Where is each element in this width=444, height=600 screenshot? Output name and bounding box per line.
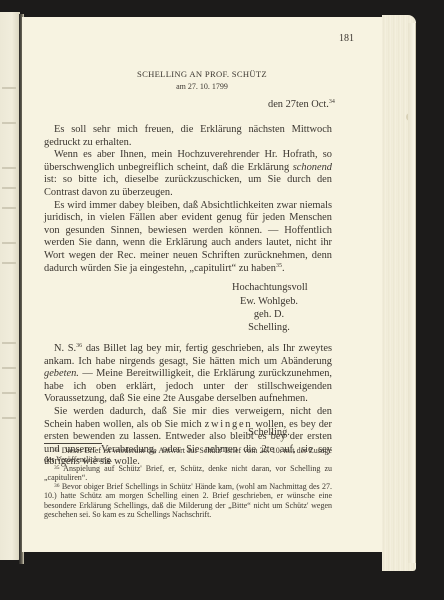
facing-left-page-edge — [0, 12, 20, 560]
footnote-mark: 35 — [54, 465, 60, 471]
footnote-ref: 34 — [329, 99, 335, 105]
footnote: 34 Dieser Brief ist wiederum die Antwort… — [44, 446, 332, 464]
dateline-text: den 27ten Oct. — [268, 99, 329, 110]
show-through-text — [2, 242, 16, 244]
closing-salutation: Hochachtungsvoll — [232, 282, 308, 295]
show-through-text — [2, 367, 16, 369]
footnote-mark: 34 — [54, 447, 60, 453]
paragraph: Es soll sehr mich freuen, die Erklärung … — [44, 124, 332, 149]
emphasized-word: schonend — [293, 162, 332, 173]
emphasized-word: gebeten. — [44, 368, 79, 379]
show-through-text — [2, 87, 16, 89]
show-through-text — [2, 392, 16, 394]
paragraph-text: Es wird immer dabey bleiben, daß Absicht… — [44, 200, 332, 274]
show-through-text — [2, 262, 16, 264]
letter-body: Es soll sehr mich freuen, die Erklärung … — [44, 124, 332, 275]
paragraph-text: ist: so bitte ich, dieselbe zurückzuschi… — [44, 174, 332, 198]
footnote-ref: 35 — [276, 263, 282, 269]
paragraph: N. S.36 das Billet lag bey mir, fertig g… — [44, 343, 332, 406]
footnote-rule — [44, 443, 102, 444]
paragraph: Wenn es aber Ihnen, mein Hochzuverehrend… — [44, 149, 332, 199]
dateline: den 27ten Oct.34 — [268, 99, 335, 112]
show-through-text — [2, 167, 16, 169]
show-through-text — [2, 417, 16, 419]
paragraph: Es wird immer dabey bleiben, daß Absicht… — [44, 200, 332, 276]
closing-line: Ew. Wohlgeb. — [234, 296, 304, 309]
show-through-text — [2, 122, 16, 124]
signature: Schelling. — [234, 322, 304, 335]
show-through-text — [2, 187, 16, 189]
paragraph-text: Wenn es aber Ihnen, mein Hochzuverehrend… — [44, 149, 332, 173]
page-edge-tear — [406, 113, 414, 121]
footnote: 35 Anspielung auf Schütz' Brief, er, Sch… — [44, 464, 332, 482]
postscript-signature: Schelling. — [234, 427, 304, 440]
footnote: 36 Bevor obiger Brief Schellings in Schü… — [44, 482, 332, 518]
closing-line: geh. D. — [234, 309, 304, 322]
show-through-text — [2, 342, 16, 344]
paragraph-text: das Billet lag bey mir, fertig geschrieb… — [44, 343, 332, 367]
footnote-text: Dieser Brief ist wiederum die Antwort au… — [44, 446, 332, 464]
footnotes: 34 Dieser Brief ist wiederum die Antwort… — [44, 446, 332, 519]
paragraph-text: — Meine Bereitwilligkeit, die Erklärung … — [44, 368, 332, 404]
postscript-label: N. S. — [54, 343, 76, 354]
page-block-edges — [382, 15, 416, 571]
letter-heading: SCHELLING AN PROF. SCHÜTZ — [22, 68, 382, 81]
show-through-text — [2, 207, 16, 209]
page-number: 181 — [339, 33, 354, 46]
footnote-mark: 36 — [54, 483, 60, 489]
footnote-text: Bevor obiger Brief Schellings in Schütz'… — [44, 482, 332, 518]
letter-date: am 27. 10. 1799 — [22, 81, 382, 94]
footnote-text: Anspielung auf Schütz' Brief, er, Schütz… — [44, 464, 332, 482]
